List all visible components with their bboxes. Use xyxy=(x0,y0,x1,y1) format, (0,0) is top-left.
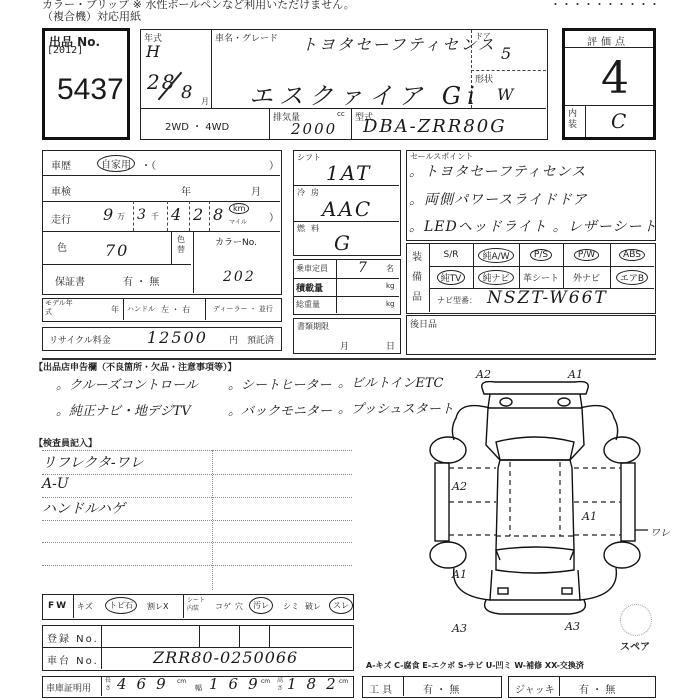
recycle-unit: 円 xyxy=(229,333,238,346)
equipment-label: 装備品 xyxy=(412,248,424,308)
warranty-options: 有 ・ 無 xyxy=(123,273,159,288)
garage-length-label: 長さ xyxy=(105,677,113,693)
displacement-value: 2000 xyxy=(291,120,337,138)
chassis-value: ZRR80-0250066 xyxy=(153,648,298,667)
registration-box: 登録 No. 車台 No. ZRR80-0250066 xyxy=(42,625,354,671)
seller-note-4: 。純正ナビ・地デジTV xyxy=(56,400,191,419)
history-box: 車歴 自家用 ・（ ） 車検 年 月 走行 9 万 3 千 4 2 8 km マ… xyxy=(42,150,282,295)
load-unit: kg xyxy=(386,282,395,290)
aircon-label: 冷房 xyxy=(297,187,325,198)
shift-value: 1AT xyxy=(326,161,371,185)
mileage-digit-2: 2 xyxy=(193,205,205,224)
history-close: ） xyxy=(269,157,279,172)
equip-power-steering: P/S xyxy=(530,249,552,261)
mileage-digit-3: 8 xyxy=(213,205,225,224)
equip-power-windows: P/W xyxy=(574,249,599,261)
model-code-value: DBA-ZRR80G xyxy=(363,116,507,137)
doors-value: 5 xyxy=(501,44,513,63)
interior-label: 内装 xyxy=(568,109,580,131)
color-change-label: 色替 xyxy=(177,235,187,255)
fw-option-scratch: キズ xyxy=(77,601,93,612)
inspector-note-2: A-U xyxy=(42,476,69,492)
jack-label: ジャッキ xyxy=(515,681,555,696)
chassis-label: 車台 No. xyxy=(47,652,99,667)
displacement-unit: cc xyxy=(337,110,345,118)
car-model: エスクァイア Gi xyxy=(249,76,481,111)
score-label: 評価点 xyxy=(587,33,629,48)
damage-left-side: A2 xyxy=(452,480,467,493)
warranty-label: 保証書 xyxy=(55,273,85,288)
equip-airbag: エアB xyxy=(616,270,648,285)
seat-option-spot: シミ xyxy=(283,601,299,612)
inspector-note-3: ハンドルハゲ xyxy=(42,498,125,518)
capacity-label: 乗車定員 xyxy=(296,263,328,274)
header-subtitle: （複合機）対応用紙 xyxy=(42,8,141,24)
shift-label: シフト xyxy=(297,152,321,163)
color-label: 色 xyxy=(57,239,67,254)
equip-tv: 純TV xyxy=(437,270,466,285)
damage-rear-right: A1 xyxy=(568,368,583,381)
shift-ac-fuel-box: シフト 1AT 冷房 AAC 燃料 G xyxy=(293,150,401,256)
recycle-status: 預託済 xyxy=(247,333,274,346)
sales-point-3: 。LEDヘッドライト 。レザーシート xyxy=(409,216,658,236)
model-year-row: モデル年式 年 ハンドル 左 ・ 右 ディーラー ・ 並行 xyxy=(42,298,282,322)
header-top-right: ・・・・・・・・・・ xyxy=(550,0,660,12)
inspection-year-unit: 年 xyxy=(181,183,191,198)
garage-width-label: 幅 xyxy=(195,683,202,693)
seat-option-stain: 汚レ xyxy=(249,597,273,614)
lot-year-tag: [2012] xyxy=(47,45,83,56)
fw-row: FW キズ トビ石 割レX シート内装 コゲ 穴 汚レ シミ 破レ スレ xyxy=(42,594,354,620)
doc-deadline-day: 日 xyxy=(386,339,395,352)
inspector-label: 【検査員記入】 xyxy=(34,436,97,449)
equipment-box: 装備品 S/R 純A/W P/S P/W ABS 純TV 純ナビ 革シート 外ナ… xyxy=(406,243,656,314)
history-selected: 自家用 xyxy=(97,155,135,172)
garage-height-label: 高さ xyxy=(277,677,285,693)
color-no-label: カラーNo. xyxy=(215,235,257,248)
seller-notes-label: 【出品店申告欄（不良箇所・欠品・注意事項等）】 xyxy=(34,360,237,373)
tools-options: 有 ・ 無 xyxy=(423,681,459,696)
mileage-digit-1: 4 xyxy=(171,205,183,224)
navi-model-label: ナビ型番： xyxy=(437,295,477,306)
tools-row: 工 具 有 ・ 無 xyxy=(362,676,502,698)
damage-front-right: A3 xyxy=(565,620,580,633)
doc-deadline-box: 書類期限 月 日 xyxy=(293,318,401,354)
year-era: H xyxy=(146,42,162,61)
equip-alloy-wheels: 純A/W xyxy=(478,248,513,263)
capacity-value: 7 xyxy=(358,260,369,276)
handle-label: ハンドル xyxy=(127,304,155,314)
spare-label: スペア xyxy=(620,638,650,653)
sales-point-1: 。トヨタセーフティセンス xyxy=(409,161,586,181)
fuel-value: G xyxy=(334,231,352,255)
equip-navi: 純ナビ xyxy=(478,270,513,285)
recycle-label: リサイクル料金 xyxy=(49,333,111,346)
doc-deadline-month: 月 xyxy=(340,339,349,352)
seat-option-hole: 穴 xyxy=(235,601,243,612)
aircon-value: AAC xyxy=(322,197,372,221)
navi-model-value: NSZT-W66T xyxy=(487,288,608,308)
handle-options: 左 ・ 右 xyxy=(161,304,190,315)
sales-point-2: 。両側パワースライドドア xyxy=(409,189,587,209)
garage-width-value: 169 xyxy=(209,675,268,693)
body-shape-label: 形状 xyxy=(475,72,493,85)
seat-option-wear: スレ xyxy=(329,597,353,614)
equip-abs: ABS xyxy=(619,249,645,261)
registration-label: 登録 No. xyxy=(47,630,99,645)
garage-cert-row: 車庫証明用 長さ 469 cm 幅 169 cm 高さ 182 cm xyxy=(42,676,354,698)
mileage-close: ） xyxy=(269,209,279,224)
recycle-value: 12500 xyxy=(147,328,208,347)
garage-length-unit: cm xyxy=(177,678,186,685)
vehicle-info-box: 年式 H 28 8 月 車名・グレード トヨタセーフティセンス エスクァイア G… xyxy=(140,29,548,140)
mileage-label: 走行 xyxy=(51,211,71,226)
recycle-row: リサイクル料金 12500 円 預託済 xyxy=(42,327,282,351)
color-value: 70 xyxy=(105,241,129,260)
history-rest: ・（ xyxy=(141,157,156,172)
jack-row: ジャッキ 有 ・ 無 xyxy=(508,676,656,698)
damage-front-left: A3 xyxy=(452,622,467,635)
mileage-unit-km: km xyxy=(229,203,249,214)
car-damage-diagram xyxy=(410,360,650,620)
model-year-label: モデル年式 xyxy=(45,299,73,317)
car-maker: トヨタセーフティセンス xyxy=(301,32,496,55)
fw-label: FW xyxy=(48,601,68,611)
later-items-box: 後日品 xyxy=(406,315,656,355)
garage-length-value: 469 xyxy=(117,675,176,693)
inspection-month-unit: 月 xyxy=(251,183,261,198)
fw-option-chip: トビ石 xyxy=(105,597,137,614)
damage-rear-left: A2 xyxy=(476,368,491,381)
fw-option-crack: 割レX xyxy=(147,601,168,612)
drive-options: 2WD ・ 4WD xyxy=(165,118,229,133)
mileage-man: 9 xyxy=(103,205,115,224)
mileage-man-unit: 万 xyxy=(117,211,125,222)
seller-note-1: 。クルーズコントロール xyxy=(56,374,198,393)
year-month: 8 xyxy=(181,82,194,103)
mileage-sen-unit: 千 xyxy=(151,211,159,222)
inspector-note-1: リフレクタ-ワレ xyxy=(42,452,144,472)
score-box: 評価点 4 内装 C xyxy=(562,28,656,140)
lot-number-box: 出品 No. [2012] 5437 xyxy=(42,28,130,140)
garage-height-value: 182 xyxy=(287,675,346,693)
load-label: 積載量 xyxy=(296,281,323,294)
model-year-unit: 年 xyxy=(111,304,119,315)
damage-right-sill: ワレ xyxy=(650,524,670,539)
garage-height-unit: cm xyxy=(339,678,348,685)
equip-aftermarket-navi: 外ナビ xyxy=(573,271,600,284)
damage-front-left-fender: A1 xyxy=(452,568,467,581)
damage-right-side: A1 xyxy=(582,510,597,523)
garage-width-unit: cm xyxy=(261,678,270,685)
dealer-options: ディーラー ・ 並行 xyxy=(213,304,273,314)
damage-legend: A-キズ C-腐食 E-エクボ S-サビ U-凹ミ W-補修 XX-交換済 xyxy=(366,660,584,671)
sales-points-box: セールスポイント 。トヨタセーフティセンス 。両側パワースライドドア 。LEDヘ… xyxy=(406,150,656,241)
doors-label: ドア xyxy=(475,31,491,42)
seat-option-tear: 破レ xyxy=(305,601,321,612)
seat-interior-label: シート内装 xyxy=(187,597,205,613)
inspection-label: 車検 xyxy=(51,183,71,198)
car-name-label: 車名・グレード xyxy=(215,31,278,44)
color-no-value: 202 xyxy=(223,269,256,285)
seller-note-2: 。シートヒーター xyxy=(228,374,331,393)
later-items-label: 後日品 xyxy=(410,317,437,330)
doc-deadline-label: 書類期限 xyxy=(297,321,329,332)
tools-label: 工 具 xyxy=(369,681,392,696)
capacity-box: 乗車定員 7 名 積載量 kg 総重量 kg xyxy=(293,259,401,315)
equip-leather-seat: 革シート xyxy=(523,271,559,284)
mileage-sen: 3 xyxy=(137,207,148,223)
seat-option-burn: コゲ xyxy=(215,601,231,612)
gross-label: 総重量 xyxy=(296,299,320,310)
gross-unit: kg xyxy=(386,300,395,308)
year-month-unit: 月 xyxy=(201,96,209,107)
score-value: 4 xyxy=(601,53,631,104)
seller-note-5: 。バックモニター xyxy=(228,400,332,419)
equip-sunroof: S/R xyxy=(444,250,459,260)
history-label: 車歴 xyxy=(51,157,71,172)
mileage-unit-mile: マイル xyxy=(229,217,247,226)
interior-value: C xyxy=(611,109,628,133)
garage-label: 車庫証明用 xyxy=(46,681,91,694)
jack-options: 有 ・ 無 xyxy=(579,681,615,696)
capacity-unit: 名 xyxy=(386,263,394,274)
lot-number: 5437 xyxy=(57,73,124,107)
body-shape-value: W xyxy=(497,85,515,104)
spare-tire-icon xyxy=(620,604,652,636)
fuel-label: 燃料 xyxy=(297,223,325,234)
